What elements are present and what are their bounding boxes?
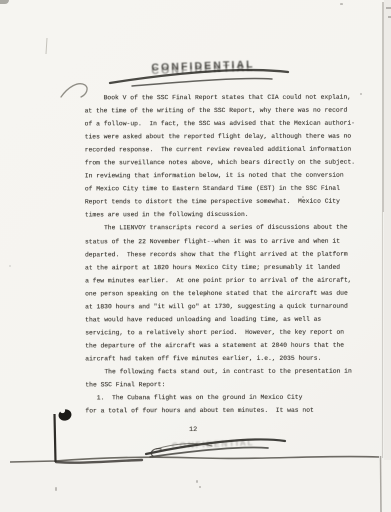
- scanned-document-page: CONFIDENTIAL CONFIDENTIAL Book V of the …: [0, 0, 391, 512]
- page-bottom-edge-line: [10, 457, 379, 462]
- top-right-dash-marks: [386, 8, 391, 17]
- page-right-edge-line: [381, 456, 382, 512]
- scan-line-artifacts: [0, 0, 391, 512]
- scan-speck: [302, 196, 304, 198]
- scan-speck: [9, 265, 11, 267]
- page-left-fold-line: [55, 414, 56, 462]
- stamp-strikethrough-stroke: [132, 79, 272, 86]
- scan-speck: [199, 486, 201, 488]
- scan-speck: [55, 487, 57, 491]
- punch-hole-ink-blob-notch: [60, 408, 65, 413]
- scan-speck: [340, 3, 343, 5]
- margin-squiggle-mark: [61, 84, 87, 97]
- scan-speck: [196, 480, 198, 483]
- margin-tick-mark: [46, 38, 47, 54]
- scan-speck: [360, 93, 362, 95]
